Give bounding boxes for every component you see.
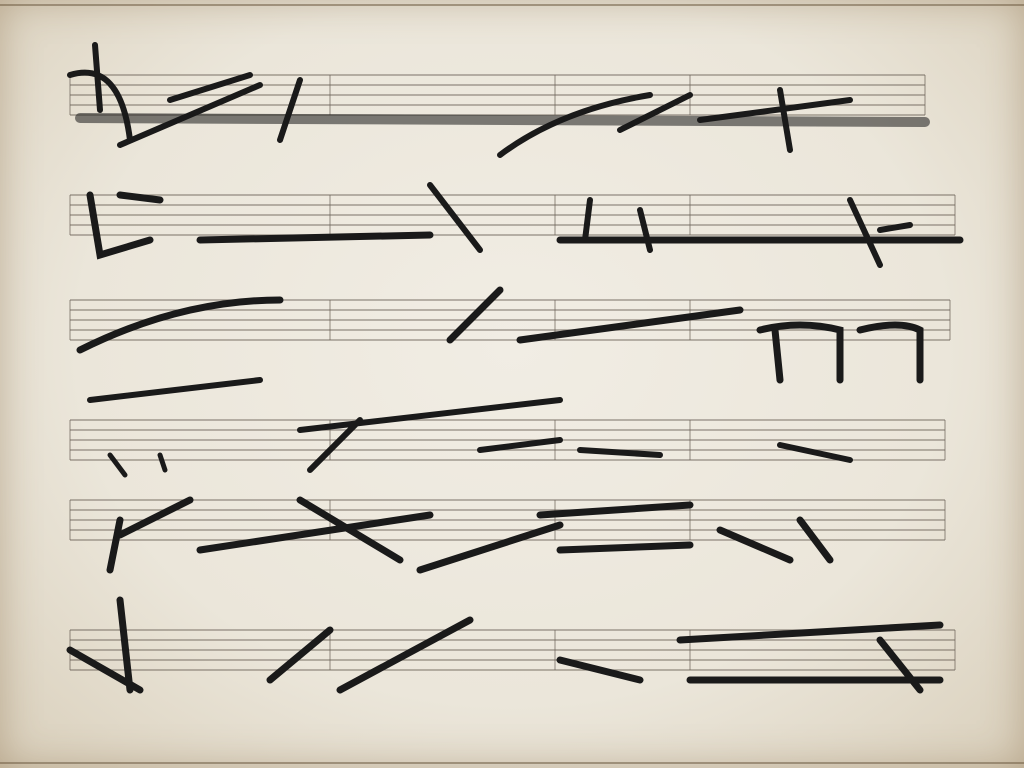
- aged-edge-shadow: [0, 0, 1024, 768]
- manuscript-paper: [0, 0, 1024, 768]
